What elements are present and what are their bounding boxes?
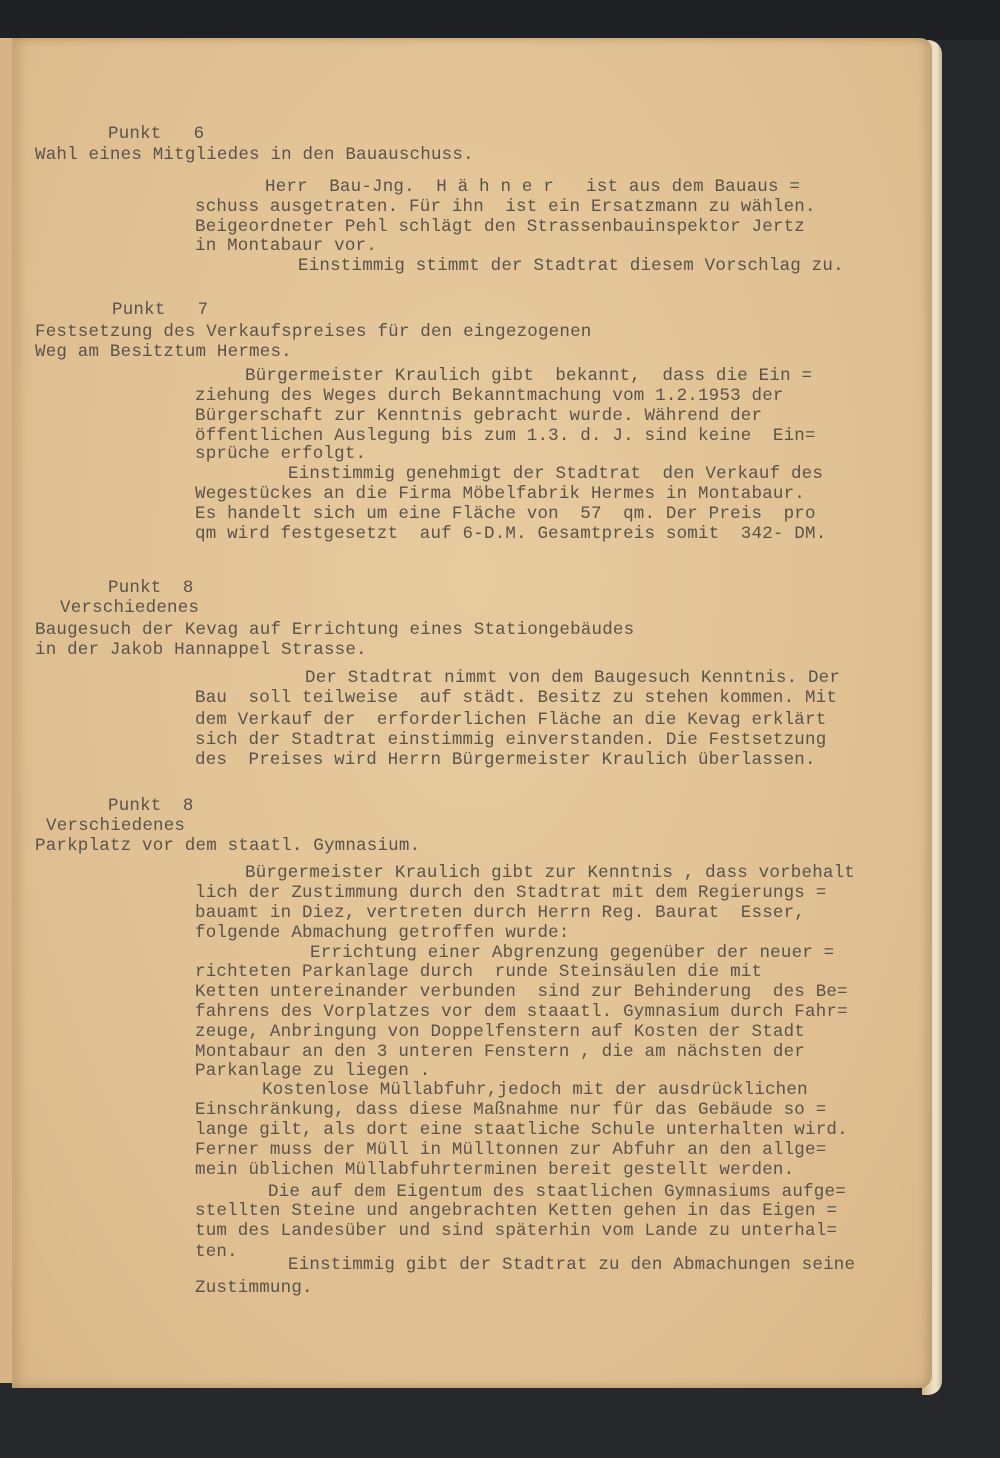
body-line: Einschränkung, dass diese Maßnahme nur f… bbox=[195, 1100, 826, 1120]
body-line: bauamt in Diez, vertreten durch Herrn Re… bbox=[195, 903, 805, 923]
background-top bbox=[0, 0, 1000, 40]
body-line: stellten Steine und angebrachten Ketten … bbox=[195, 1201, 837, 1221]
body-line: sich der Stadtrat einstimmig einverstand… bbox=[195, 730, 826, 750]
section-subject: Parkplatz vor dem staatl. Gymnasium. bbox=[35, 836, 420, 856]
body-line: ten. bbox=[195, 1242, 238, 1262]
body-line: Ketten untereinander verbunden sind zur … bbox=[195, 982, 848, 1002]
body-line: fahrens des Vorplatzes vor dem staaatl. … bbox=[195, 1002, 848, 1022]
body-line: qm wird festgesetzt auf 6-D.M. Gesamtpre… bbox=[195, 524, 826, 544]
body-line: Errichtung einer Abgrenzung gegenüber de… bbox=[310, 943, 834, 963]
body-line: richteten Parkanlage durch runde Steinsä… bbox=[195, 962, 762, 982]
section-subject: Verschiedenes bbox=[60, 598, 199, 618]
body-line: ziehung des Weges durch Bekanntmachung v… bbox=[195, 386, 784, 406]
body-line: Wegestückes an die Firma Möbelfabrik Her… bbox=[195, 484, 805, 504]
body-line: Der Stadtrat nimmt von dem Baugesuch Ken… bbox=[305, 668, 840, 688]
section-heading: Punkt 8 bbox=[108, 796, 194, 816]
body-line: lich der Zustimmung durch den Stadtrat m… bbox=[195, 883, 826, 903]
body-line: Bürgermeister Kraulich gibt zur Kenntnis… bbox=[245, 863, 855, 883]
section-subject: Weg am Besitztum Hermes. bbox=[35, 342, 292, 362]
body-line: folgende Abmachung getroffen wurde: bbox=[195, 923, 570, 943]
body-line: Zustimmung. bbox=[195, 1278, 313, 1298]
section-subject: in der Jakob Hannappel Strasse. bbox=[35, 640, 367, 660]
body-line: Bürgermeister Kraulich gibt bekannt, das… bbox=[245, 366, 812, 386]
body-line: Bau soll teilweise auf städt. Besitz zu … bbox=[195, 688, 837, 708]
body-line: Die auf dem Eigentum des staatlichen Gym… bbox=[268, 1182, 846, 1202]
body-line: Beigeordneter Pehl schlägt den Strassenb… bbox=[195, 217, 805, 237]
body-line: Einstimmig stimmt der Stadtrat diesem Vo… bbox=[298, 256, 844, 276]
body-line: Kostenlose Müllabfuhr,jedoch mit der aus… bbox=[262, 1080, 808, 1100]
section-heading: Punkt 6 bbox=[108, 124, 204, 144]
body-line: tum des Landesüber und sind späterhin vo… bbox=[195, 1221, 837, 1241]
body-line: Ferner muss der Müll in Mülltonnen zur A… bbox=[195, 1140, 826, 1160]
section-heading: Punkt 7 bbox=[112, 300, 208, 320]
body-line: Montabaur an den 3 unteren Fenstern , di… bbox=[195, 1042, 805, 1062]
section-subject: Wahl eines Mitgliedes in den Bauauschuss… bbox=[35, 145, 474, 165]
body-line: Es handelt sich um eine Fläche von 57 qm… bbox=[195, 504, 816, 524]
body-line: Parkanlage zu liegen . bbox=[195, 1061, 430, 1081]
section-heading: Punkt 8 bbox=[108, 578, 194, 598]
body-line: mein üblichen Müllabfuhrterminen bereit … bbox=[195, 1160, 794, 1180]
body-line: Herr Bau-Jng. H ä h n e r ist aus dem Ba… bbox=[265, 177, 800, 197]
body-line: in Montabaur vor. bbox=[195, 236, 377, 256]
body-line: des Preises wird Herrn Bürgermeister Kra… bbox=[195, 750, 816, 770]
body-line: Bürgerschaft zur Kenntnis gebracht wurde… bbox=[195, 406, 762, 426]
body-line: Einstimmig genehmigt der Stadtrat den Ve… bbox=[288, 464, 823, 484]
body-line: lange gilt, als dort eine staatliche Sch… bbox=[195, 1120, 848, 1140]
section-subject: Baugesuch der Kevag auf Errichtung eines… bbox=[35, 620, 634, 640]
section-subject: Festsetzung des Verkaufspreises für den … bbox=[35, 322, 592, 342]
body-line: sprüche erfolgt. bbox=[195, 444, 366, 464]
body-line: Einstimmig gibt der Stadtrat zu den Abma… bbox=[288, 1255, 855, 1275]
body-line: öffentlichen Auslegung bis zum 1.3. d. J… bbox=[195, 426, 816, 446]
body-line: dem Verkauf der erforderlichen Fläche an… bbox=[195, 710, 826, 730]
body-line: zeuge, Anbringung von Doppelfenstern auf… bbox=[195, 1022, 805, 1042]
body-line: schuss ausgetraten. Für ihn ist ein Ersa… bbox=[195, 197, 816, 217]
section-subject: Verschiedenes bbox=[46, 816, 185, 836]
